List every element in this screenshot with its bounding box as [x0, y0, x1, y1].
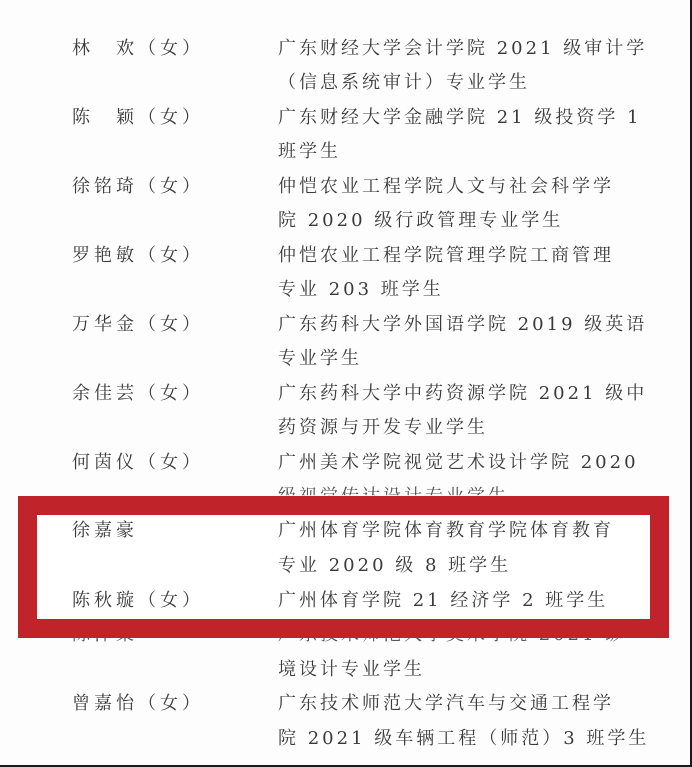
entry-desc-line: 专业学生 — [278, 342, 618, 376]
entry-desc-line-partially-hidden: 级视觉传达设计专业学生 — [278, 480, 618, 514]
entry-desc-line: （信息系统审计）专业学生 — [278, 66, 618, 100]
entry-name: 余佳芸（女） — [72, 377, 204, 411]
document-page: 林 欢（女） 广东财经大学会计学院 2021 级审计学 （信息系统审计）专业学生… — [0, 0, 692, 767]
entry-name: 陈 颖（女） — [72, 101, 204, 135]
entry-desc-line: 境设计专业学生 — [278, 653, 618, 687]
entry-name: 林 欢（女） — [72, 32, 204, 66]
entry-name: 何茵仪（女） — [72, 446, 204, 480]
entry-name: 曾嘉怡（女） — [72, 687, 204, 721]
highlighted-entry-desc-line: 广州体育学院 21 经济学 2 班学生 — [278, 584, 618, 618]
entry-desc-line: 班学生 — [278, 135, 618, 169]
entry-desc-line: 广东药科大学外国语学院 2019 级英语 — [278, 308, 618, 342]
entry-desc-line: 仲恺农业工程学院人文与社会科学学 — [278, 170, 618, 204]
highlighted-entry-name: 徐嘉豪 — [72, 514, 138, 548]
highlighted-entry-desc-line: 广州体育学院体育教育学院体育教育 — [278, 514, 618, 548]
entry-desc-line: 广州美术学院视觉艺术设计学院 2020 — [278, 446, 618, 480]
entry-name: 罗艳敏（女） — [72, 239, 204, 273]
entry-desc-line: 院 2021 级车辆工程（师范）3 班学生 — [278, 722, 618, 756]
entry-desc-line: 专业 203 班学生 — [278, 273, 618, 307]
entry-desc-line: 广东财经大学金融学院 21 级投资学 1 — [278, 101, 618, 135]
entry-name-partially-hidden: 陈泽棠 — [72, 618, 138, 652]
entry-desc-line: 广东药科大学中药资源学院 2021 级中 — [278, 377, 618, 411]
entry-desc-line: 广东技术师范大学汽车与交通工程学 — [278, 687, 618, 721]
entry-name: 万华金（女） — [72, 308, 204, 342]
entry-name: 徐铭琦（女） — [72, 170, 204, 204]
entry-desc-line: 药资源与开发专业学生 — [278, 411, 618, 445]
highlighted-entry-name: 陈秋璇（女） — [72, 584, 204, 618]
entry-desc-line-partially-hidden: 广东技术师范大学美术学院 2021 级环 — [278, 618, 618, 652]
entry-desc-line: 仲恺农业工程学院管理学院工商管理 — [278, 239, 618, 273]
entry-desc-line: 广东财经大学会计学院 2021 级审计学 — [278, 32, 618, 66]
highlighted-entry-desc-line: 专业 2020 级 8 班学生 — [278, 549, 618, 583]
entry-desc-line: 院 2020 级行政管理专业学生 — [278, 204, 618, 238]
